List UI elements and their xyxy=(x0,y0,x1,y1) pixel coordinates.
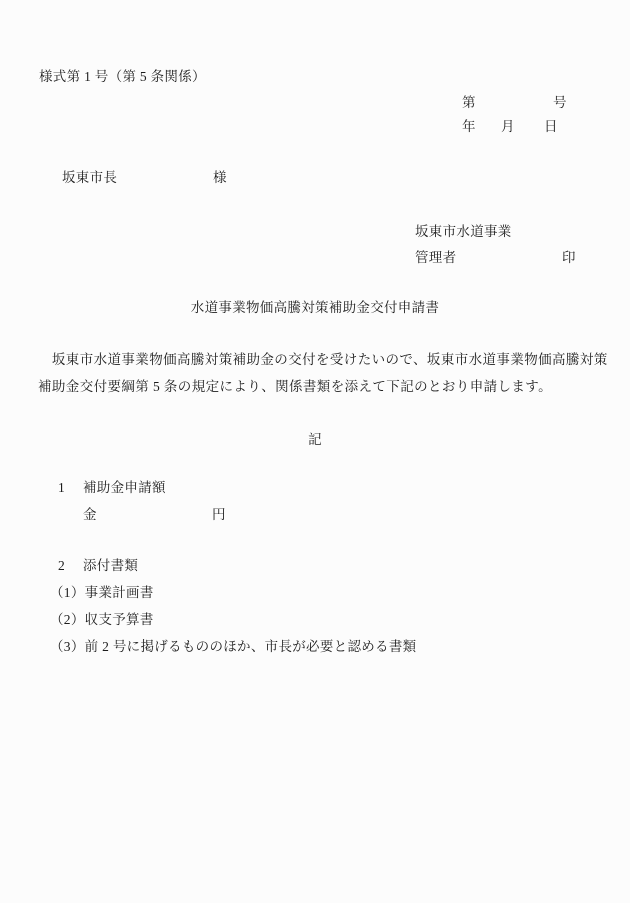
seal-placeholder-label: 印 xyxy=(562,251,576,265)
doc-number-prefix: 第 xyxy=(462,96,476,110)
document-title: 水道事業物価高騰対策補助金交付申請書 xyxy=(0,301,630,315)
grant-application-form-page: 様式第 1 号（第 5 条関係） 第 号 年 月 日 坂東市長 様 坂東市水道事… xyxy=(0,0,630,903)
form-number-label: 様式第 1 号（第 5 条関係） xyxy=(39,70,206,84)
section-2-heading: 添付書類 xyxy=(83,559,138,573)
amount-prefix-label: 金 xyxy=(83,508,97,522)
addressee-honorific: 様 xyxy=(213,171,227,185)
date-day-label: 日 xyxy=(544,120,558,134)
doc-number-suffix: 号 xyxy=(553,96,567,110)
section-1-number: 1 xyxy=(58,481,65,495)
attachment-item-1: （1）事業計画書 xyxy=(50,586,154,600)
sender-title: 管理者 xyxy=(415,251,456,265)
body-paragraph-line-1: 坂東市水道事業物価高騰対策補助金の交付を受けたいので、坂東市水道事業物価高騰対策 xyxy=(38,353,608,367)
attachment-item-2: （2）収支予算書 xyxy=(50,613,154,627)
date-year-label: 年 xyxy=(462,120,476,134)
section-1-heading: 補助金申請額 xyxy=(83,481,166,495)
section-2-number: 2 xyxy=(58,559,65,573)
attachment-item-3: （3）前 2 号に掲げるもののほか、市長が必要と認める書類 xyxy=(50,640,416,654)
date-month-label: 月 xyxy=(501,120,515,134)
body-paragraph-line-2: 補助金交付要綱第 5 条の規定により、関係書類を添えて下記のとおり申請します。 xyxy=(38,380,552,394)
addressee-name: 坂東市長 xyxy=(62,171,117,185)
sender-organization: 坂東市水道事業 xyxy=(415,225,512,239)
record-heading: 記 xyxy=(0,433,630,447)
amount-unit-label: 円 xyxy=(212,508,226,522)
